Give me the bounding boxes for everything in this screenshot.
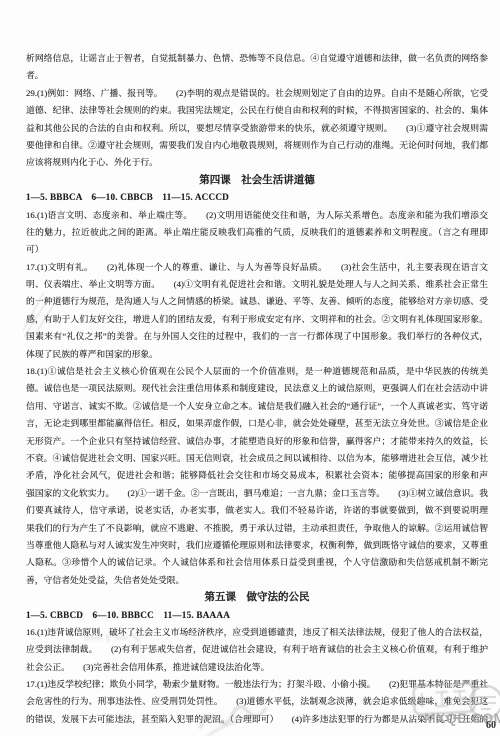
text-line: 应该将规则内化于心、外化于行。 — [26, 154, 488, 171]
scanned-answer-page: 析网络信息，让谣言止于智者，自觉抵制暴力、色情、恐怖等不良信息。④自觉遵守道德和… — [0, 0, 500, 736]
text-line: 会危害性的行为、刑事违法性、应受刑罚处罚性。 (3)道德水平低，法制观念淡薄，就… — [26, 693, 488, 710]
text-line: 信用、守诺言、诚实不欺。②诚信是一个人安身立命之本。诚信是我们融入社会的“通行证… — [26, 398, 488, 415]
text-line: 不衰。④诚信促进社会文明、国家兴旺。国无信则衰，社会成员之间以诚相待、以信为本，… — [26, 450, 488, 467]
text-line: 道德、纪律、法律等社会规则的约束。我国宪法规定，公民在行使自由和权利的时候，不得… — [26, 102, 488, 119]
text-line: 的错误，发展下去可能违法，甚至陷入犯罪的泥沼。（合理即可） (4)许多违法犯罪的… — [26, 711, 488, 728]
text-line: 人隐私。③珍惜个人的诚信记录。个人诚信体系和社会信用体系日益受到重视，个人守信激… — [26, 554, 488, 571]
text-line: 体现了民族的尊严和国家的形象。 — [26, 346, 488, 363]
text-line: 强国家的文化软实力。 (2)①一诺千金。②一言既出，驷马难追；一言九鼎；金口玉言… — [26, 485, 488, 502]
text-line: 矛盾，净化社会风气，促进社会和谐；能够降低社会交往和市场交易成本，积累社会资本；… — [26, 467, 488, 484]
text-line: 析网络信息，让谣言止于智者，自觉抵制暴力、色情、恐怖等不良信息。④自觉遵守道德和… — [26, 50, 488, 67]
text-line: 29.(1)例如：网络、广播、报刊等。 (2)李明的观点是错误的。社会规则划定了… — [26, 85, 488, 102]
page-number: 60 — [486, 720, 496, 731]
text-line: 无形资产。一个企业只有坚持诚信经营、诚信办事，才能塑造良好的形象和信誉，赢得客户… — [26, 433, 488, 450]
text-line: 国素来有“礼仪之邦”的美誉。在与外国人交往的过程中，我们的一言一行都体现了中国形… — [26, 328, 488, 345]
text-line: 17.(1)文明有礼。 (2)礼体现一个人的尊重、谦让、与人为善等良好品质。 (… — [26, 259, 488, 276]
text-line: 18.(1)①诚信是社会主义核心价值观在公民个人层面的一个价值准则，是一种道德规… — [26, 363, 488, 380]
choice-answers-line: 1—5. BBBCA 6—10. CBBCB 11—15. ACCCD — [26, 189, 488, 206]
text-line: 要他律和自律。②遵守社会规则，需要我们发自内心地敬畏规则，将规则作为自己行动的准… — [26, 137, 488, 154]
text-line: 16.(1)违背诚信原则，破坏了社会主义市场经济秩序，应受到道德谴责，违反了相关… — [26, 624, 488, 641]
text-line: 者。 — [26, 67, 488, 84]
section-heading: 第四课 社会生活讲道德 — [26, 172, 488, 189]
text-line: 益和其他公民的合法的自由和权利。所以，要想尽情享受旅游带来的快乐，就必须遵守规则… — [26, 120, 488, 137]
text-line: 感，有助于人们友好交往，增进人们的团结友爱，有利于形成安定有序、文明祥和的社会。… — [26, 311, 488, 328]
text-line: 社会公正。 (3)完善社会信用体系，推进诚信建设法治化等。 — [26, 659, 488, 676]
text-line: 当尊重他人隐私与对人诚实发生冲突时，我们应遵循伦理原则和法律要求，权衡利弊，做到… — [26, 537, 488, 554]
text-line: 善，守信者处处受益，失信者处处受限。 — [26, 572, 488, 589]
text-line: 们要真诚待人，信守承诺，说老实话，办老实事，做老实人。我们不轻易许诺，许诺的事就… — [26, 502, 488, 519]
text-line: 德。诚信也是一项民法原则。现代社会注重信用体系和制度建设，民法意义上的诚信原则，… — [26, 380, 488, 397]
text-line: 可） — [26, 241, 488, 258]
text-line: 17.(1)违反学校纪律；欺负小同学，勒索少量财物。一般违法行为；打架斗殴、小偷… — [26, 676, 488, 693]
choice-answers-line: 1—5. CBBCD 6—10. BBBCC 11—15. BAAAA — [26, 607, 488, 624]
text-line: 往的魅力，拉近彼此之间的距离。举止端庄能反映我们高雅的气质，反映我们的道德素养和… — [26, 224, 488, 241]
text-line: 16.(1)语言文明、态度亲和、举止端庄等。 (2)文明用语能使交往和谐，为人际… — [26, 207, 488, 224]
section-heading: 第五课 做守法的公民 — [26, 589, 488, 606]
text-line: 果我们的行为产生了不良影响，就应不逃避、不推脱，勇于承认过错，主动承担责任，争取… — [26, 520, 488, 537]
text-line: 言，无论走到哪里都能赢得信任。相反，如果弄虚作假，口是心非，就会处处碰壁，甚至无… — [26, 415, 488, 432]
text-line: 明、仪表端庄、举止文明等方面。 (4)①文明有礼促进社会和谐。文明礼貌是处理人与… — [26, 276, 488, 293]
text-line: 的一种道德行为规范，是沟通人与人之间情感的桥梁。诚恳、谦逊、平等、友善、倾听的态… — [26, 293, 488, 310]
text-line: 应受到法律制裁。 (2)有利于惩戒失信者，促进诚信社会建设，有利于培育诚信的社会… — [26, 641, 488, 658]
answer-text-column: 析网络信息，让谣言止于智者，自觉抵制暴力、色情、恐怖等不良信息。④自觉遵守道德和… — [26, 50, 488, 728]
